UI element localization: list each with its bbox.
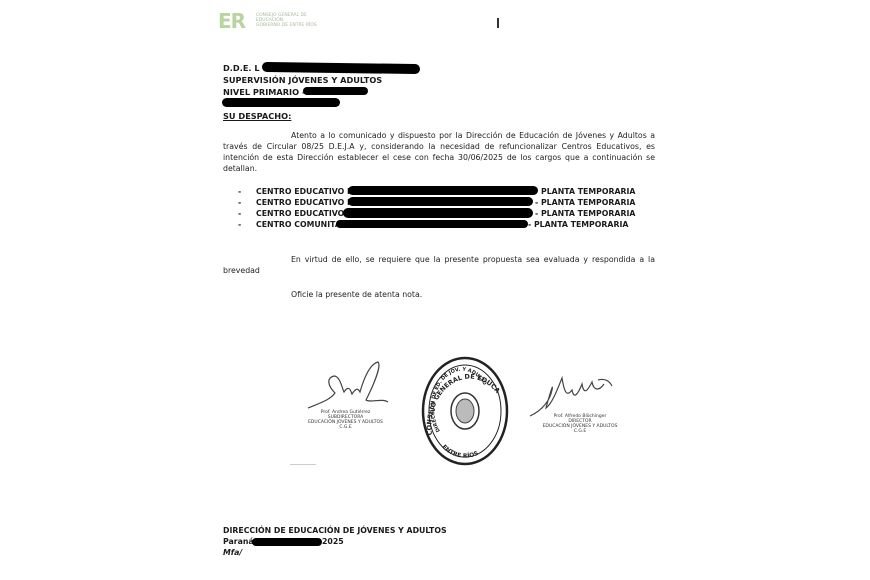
body-paragraph-2: En virtud de ello, se requiere que la pr… <box>223 254 655 276</box>
footer-year: 2025 <box>322 537 344 547</box>
left-signer-org: C.G.E <box>298 425 393 430</box>
left-signature-scribble <box>300 358 390 418</box>
list-item-suffix: - PLANTA TEMPORARIA <box>535 198 635 208</box>
redaction <box>343 208 533 218</box>
er-logo-mark: ER <box>218 10 245 32</box>
right-signature-block: Prof. Alfredo Blöchinger DIRECTOR EDUCAC… <box>535 414 625 434</box>
list-item: -CENTRO EDUCATIVO <box>238 209 344 219</box>
salutation: SU DESPACHO: <box>223 110 291 122</box>
body-paragraph-1: Atento a lo comunicado y dispuesto por l… <box>223 130 655 174</box>
redaction <box>348 186 538 195</box>
closing-line: Oficie la presente de atenta nota. <box>223 289 655 300</box>
logo-line-3: GOBIERNO DE ENTRE RÍOS <box>256 23 317 28</box>
official-seal-icon: CONSEJO GENERAL DE EDUCACIÓN DIRECCIÓN D… <box>420 355 510 467</box>
text-cursor-mark <box>497 18 499 28</box>
addressee-line-1: D.D.E. L <box>223 62 260 74</box>
footer-line-2: Paraná <box>223 537 254 547</box>
redaction <box>222 98 340 107</box>
right-signer-org: C.G.E <box>535 429 625 434</box>
faint-mark <box>290 464 316 465</box>
list-item: -CENTRO EDUCATIVO N <box>238 187 354 197</box>
list-item-suffix: PLANTA TEMPORARIA <box>541 187 635 197</box>
redaction <box>303 87 368 95</box>
letterhead-logo: ER CONSEJO GENERAL DE EDUCACIÓN GOBIERNO… <box>218 10 323 32</box>
list-item-suffix: - PLANTA TEMPORARIA <box>535 209 635 219</box>
footer-line-1: DIRECCIÓN DE EDUCACIÓN DE JÓVENES Y ADUL… <box>223 526 447 536</box>
right-signature-scribble <box>528 370 628 420</box>
redaction <box>252 538 322 546</box>
left-signature-block: Prof. Andrea Gutiérrez SUBDIRECTORA EDUC… <box>298 410 393 430</box>
redaction <box>262 62 420 74</box>
addressee-line-3: NIVEL PRIMARIO - <box>223 86 305 98</box>
redaction <box>336 220 528 228</box>
list-item-suffix: - PLANTA TEMPORARIA <box>528 220 628 230</box>
list-item: -CENTRO EDUCATIVO N <box>238 198 354 208</box>
redaction <box>348 197 533 206</box>
addressee-line-2: SUPERVISIÓN JÓVENES Y ADULTOS <box>223 74 382 86</box>
footer-initials: Mfa/ <box>223 548 242 558</box>
logo-text: CONSEJO GENERAL DE EDUCACIÓN GOBIERNO DE… <box>256 13 317 28</box>
